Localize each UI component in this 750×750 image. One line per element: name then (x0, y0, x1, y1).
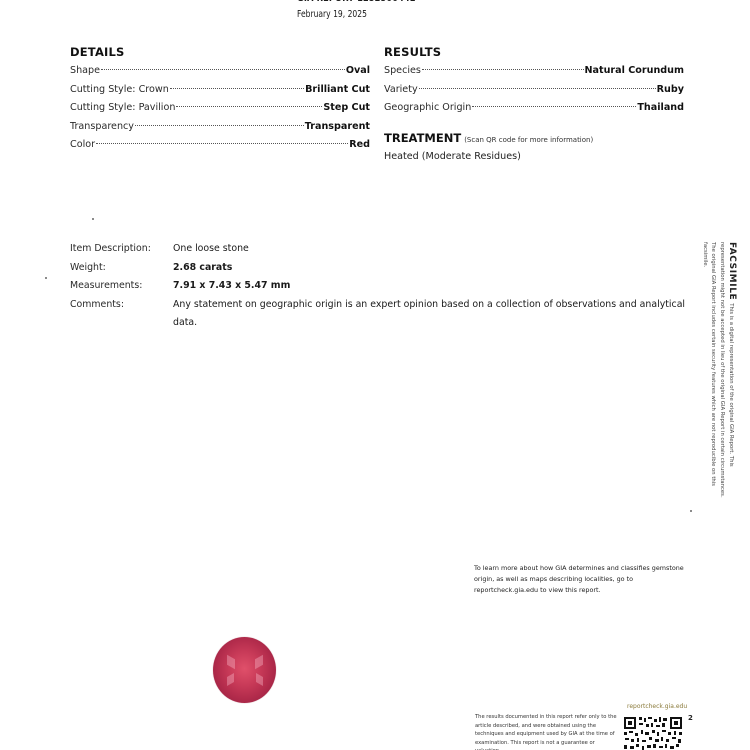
details-row-color: Color Red (70, 139, 370, 158)
gem-facet (256, 673, 263, 686)
details-section: DETAILS Shape Oval Cutting Style: Crown … (70, 45, 370, 158)
results-value: Ruby (657, 84, 684, 95)
gem-facet (227, 673, 234, 686)
treatment-value: Heated (Moderate Residues) (384, 151, 684, 162)
dot-leader (101, 69, 345, 70)
results-row-species: Species Natural Corundum (384, 65, 684, 84)
results-list: Species Natural Corundum Variety Ruby Ge… (384, 65, 684, 121)
results-label: Variety (384, 84, 418, 95)
qr-code-icon[interactable] (622, 715, 684, 750)
page-marker: 2 (688, 714, 693, 722)
details-value: Transparent (305, 121, 370, 132)
dot-leader (96, 143, 348, 144)
scan-speck (45, 277, 47, 279)
item-description-row: Item Description: One loose stone (70, 240, 690, 259)
dot-leader (176, 106, 322, 107)
details-label: Cutting Style: Pavilion (70, 102, 175, 113)
dot-leader (419, 88, 656, 89)
details-list: Shape Oval Cutting Style: Crown Brillian… (70, 65, 370, 158)
dot-leader (135, 125, 304, 126)
facsimile-title: FACSIMILE (727, 242, 737, 300)
dot-leader (170, 88, 304, 89)
details-label: Cutting Style: Crown (70, 84, 169, 95)
info-label: Comments: (70, 296, 173, 333)
disclaimer-text: The results documented in this report re… (475, 713, 620, 750)
dot-leader (422, 69, 584, 70)
details-title: DETAILS (70, 45, 370, 59)
details-row-pavilion: Cutting Style: Pavilion Step Cut (70, 102, 370, 121)
treatment-heading: TREATMENT(Scan QR code for more informat… (384, 127, 684, 146)
results-row-origin: Geographic Origin Thailand (384, 102, 684, 121)
comments-row: Comments: Any statement on geographic or… (70, 296, 690, 333)
results-label: Geographic Origin (384, 102, 471, 113)
details-row-shape: Shape Oval (70, 65, 370, 84)
dot-leader (472, 106, 636, 107)
info-label: Weight: (70, 259, 173, 278)
details-value: Brilliant Cut (305, 84, 370, 95)
results-value: Natural Corundum (585, 65, 684, 76)
details-value: Red (349, 139, 370, 150)
scan-speck (92, 218, 94, 220)
info-value: Any statement on geographic origin is an… (173, 296, 690, 333)
results-title: RESULTS (384, 45, 684, 59)
info-value: 2.68 carats (173, 259, 690, 278)
info-value: One loose stone (173, 240, 690, 259)
details-row-transparency: Transparency Transparent (70, 121, 370, 140)
info-label: Item Description: (70, 240, 173, 259)
details-value: Step Cut (323, 102, 370, 113)
results-row-variety: Variety Ruby (384, 84, 684, 103)
treatment-note: (Scan QR code for more information) (464, 136, 593, 144)
weight-row: Weight: 2.68 carats (70, 259, 690, 278)
details-value: Oval (346, 65, 370, 76)
scan-speck (690, 510, 692, 512)
details-row-crown: Cutting Style: Crown Brilliant Cut (70, 84, 370, 103)
oval-ruby-photo (213, 637, 276, 703)
report-number: GIA REPORT 1252500442 (297, 0, 416, 4)
learn-more-text: To learn more about how GIA determines a… (474, 563, 692, 596)
details-label: Transparency (70, 121, 134, 132)
gem-facet (227, 655, 235, 670)
info-value: 7.91 x 7.43 x 5.47 mm (173, 277, 690, 296)
facsimile-notice: FACSIMILEThis is a digital representatio… (700, 242, 736, 502)
qr-url[interactable]: reportcheck.gia.edu (627, 703, 687, 710)
results-label: Species (384, 65, 421, 76)
measurements-row: Measurements: 7.91 x 7.43 x 5.47 mm (70, 277, 690, 296)
results-section: RESULTS Species Natural Corundum Variety… (384, 45, 684, 162)
details-label: Color (70, 139, 95, 150)
item-info: Item Description: One loose stone Weight… (70, 240, 690, 333)
report-date: February 19, 2025 (297, 9, 367, 20)
gem-facet (255, 655, 263, 670)
details-label: Shape (70, 65, 100, 76)
info-label: Measurements: (70, 277, 173, 296)
results-value: Thailand (637, 102, 684, 113)
treatment-title: TREATMENT (384, 131, 461, 145)
